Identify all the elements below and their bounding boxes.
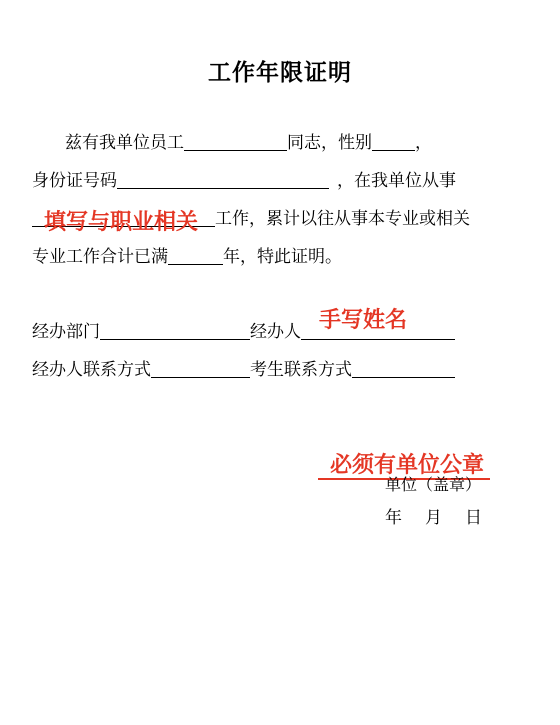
handler-line: 经办部门经办人手写姓名 (32, 322, 455, 342)
page-title: 工作年限证明 (0, 54, 560, 87)
blank-dept (100, 322, 250, 340)
body-line-4: 专业工作合计已满年，特此证明。 (32, 247, 342, 267)
line4-end-text: 年，特此证明。 (223, 247, 342, 266)
date-month-label: 月 (425, 508, 442, 527)
certificate-document: 工作年限证明 兹有我单位员工同志，性别， 身份证号码，在我单位从事 填写与职业相… (0, 0, 560, 725)
line2-end-text: ，在我单位从事 (337, 171, 456, 190)
body-line-2: 身份证号码，在我单位从事 (32, 171, 456, 191)
agent-contact-label: 经办人联系方式 (32, 360, 151, 379)
line1-end-text: ， (415, 133, 432, 152)
body-line-3: 填写与职业相关工作，累计以往从事本专业或相关 (32, 209, 470, 229)
blank-agent-contact (151, 360, 250, 378)
candidate-contact-label: 考生联系方式 (250, 360, 352, 379)
date-year-label: 年 (385, 508, 402, 527)
blank-gender (372, 133, 415, 151)
line1-mid-text: 同志，性别 (287, 133, 372, 152)
blank-employee-name (184, 133, 287, 151)
unit-seal-label: 单位（盖章） (385, 476, 481, 496)
blank-job-type: 填写与职业相关 (32, 209, 215, 227)
line4-pre-text: 专业工作合计已满 (32, 247, 168, 266)
agent-label: 经办人 (250, 322, 301, 341)
job-type-annotation: 填写与职业相关 (44, 211, 198, 233)
blank-agent-name: 手写姓名 (301, 322, 455, 340)
contact-line: 经办人联系方式考生联系方式 (32, 360, 455, 380)
body-line-1: 兹有我单位员工同志，性别， (65, 133, 432, 153)
blank-candidate-contact (352, 360, 455, 378)
date-day-label: 日 (465, 508, 482, 527)
line1-pre-text: 兹有我单位员工 (65, 133, 184, 152)
blank-years (168, 247, 223, 265)
date-line: 年月日 (385, 508, 482, 528)
agent-handwriting-annotation: 手写姓名 (319, 309, 407, 331)
line2-pre-text: 身份证号码 (32, 171, 117, 190)
blank-id-number (117, 171, 329, 189)
line3-end-text: 工作，累计以往从事本专业或相关 (215, 209, 470, 228)
dept-label: 经办部门 (32, 322, 100, 341)
